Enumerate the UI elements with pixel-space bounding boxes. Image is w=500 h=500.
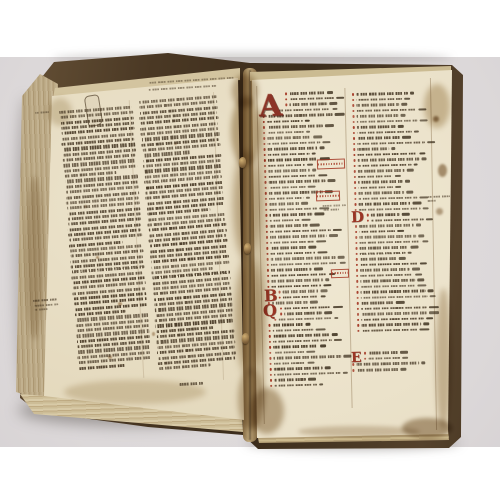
script-line xyxy=(356,273,438,278)
gutter-stain xyxy=(250,388,284,434)
page-reference-stroke xyxy=(330,102,338,105)
entry-text-stroke xyxy=(284,312,322,316)
page-reference-stroke xyxy=(307,163,312,166)
script-line xyxy=(268,289,350,294)
red-paraph-mark xyxy=(269,352,271,355)
page-reference-stroke xyxy=(400,351,408,354)
entry-text-stroke xyxy=(268,179,326,183)
script-line xyxy=(353,152,435,157)
script-line xyxy=(357,306,439,311)
entry-text-stroke xyxy=(361,323,421,327)
script-line xyxy=(356,284,438,289)
page-reference-stroke xyxy=(313,136,322,139)
corner-stain xyxy=(48,98,72,126)
rust-spot xyxy=(433,116,439,122)
page-reference-stroke xyxy=(423,207,428,210)
script-line xyxy=(270,360,352,365)
red-paraph-mark xyxy=(269,330,271,333)
entry-text-stroke xyxy=(271,279,323,283)
page-reference-stroke xyxy=(306,130,310,133)
entry-text-stroke xyxy=(274,362,307,366)
script-line xyxy=(266,223,348,228)
entry-text-stroke xyxy=(268,174,316,178)
page-reference-stroke xyxy=(422,240,428,243)
script-line xyxy=(268,311,350,316)
page-reference-stroke xyxy=(420,262,426,265)
red-paraph-mark xyxy=(357,330,359,333)
entry-text-stroke xyxy=(267,124,323,128)
script-line xyxy=(267,283,349,288)
page-reference-stroke xyxy=(343,371,348,374)
script-line xyxy=(354,174,436,179)
page-reference-stroke xyxy=(410,92,414,95)
red-paraph-mark xyxy=(356,275,358,278)
red-paraph-mark xyxy=(355,231,357,234)
gutter-stain xyxy=(254,110,268,410)
red-paraph-mark xyxy=(356,264,358,267)
script-line xyxy=(263,129,345,134)
entry-text-stroke xyxy=(360,262,418,266)
script-line xyxy=(35,111,49,114)
script-line xyxy=(266,228,348,233)
script-line xyxy=(356,256,438,261)
page-reference-stroke xyxy=(395,175,401,178)
page-reference-stroke xyxy=(420,328,430,331)
script-line xyxy=(354,163,436,168)
red-paraph-mark xyxy=(352,99,354,102)
entry-text-stroke xyxy=(359,240,420,244)
entry-text-stroke xyxy=(284,306,331,310)
script-line xyxy=(355,234,437,239)
entry-text-stroke xyxy=(361,312,427,316)
red-paraph-mark xyxy=(352,369,354,372)
red-paraph-mark xyxy=(352,110,354,113)
entry-text-stroke xyxy=(269,207,317,211)
entry-text-stroke xyxy=(356,92,408,96)
script-line xyxy=(269,349,351,354)
entry-text-stroke xyxy=(270,229,331,233)
script-line xyxy=(270,371,352,376)
script-line xyxy=(353,124,435,129)
red-boxed-entry xyxy=(331,269,349,279)
page-reference-stroke xyxy=(333,306,343,309)
script-line xyxy=(352,102,434,107)
page-reference-stroke xyxy=(310,301,318,304)
page-reference-stroke xyxy=(426,218,433,221)
page-reference-stroke xyxy=(314,268,323,271)
page-reference-stroke xyxy=(391,147,395,150)
page-reference-stroke xyxy=(421,362,426,365)
script-line xyxy=(353,146,435,151)
page-reference-stroke xyxy=(428,289,434,292)
page-reference-stroke xyxy=(327,91,333,94)
page-reference-stroke xyxy=(328,179,336,182)
fox-spot xyxy=(84,205,87,208)
red-paraph-mark xyxy=(280,313,282,316)
page-reference-stroke xyxy=(407,191,414,194)
entry-text-stroke xyxy=(269,202,299,206)
script-line xyxy=(352,356,434,361)
red-paraph-mark xyxy=(280,307,282,310)
rust-spot xyxy=(436,208,443,215)
entry-text-stroke xyxy=(357,147,389,150)
script-line xyxy=(352,97,434,102)
page-reference-stroke xyxy=(427,141,435,144)
entry-text-stroke xyxy=(359,207,422,211)
script-line xyxy=(357,322,439,327)
red-paraph-mark xyxy=(354,181,356,184)
script-line xyxy=(354,190,436,195)
script-line xyxy=(269,344,351,349)
entry-text-stroke xyxy=(289,102,327,106)
page-reference-stroke xyxy=(423,323,429,326)
red-paraph-mark xyxy=(285,93,287,96)
page-reference-stroke xyxy=(430,295,436,298)
script-line xyxy=(354,196,436,201)
page-reference-stroke xyxy=(417,284,426,287)
red-paraph-mark xyxy=(356,269,358,272)
red-paraph-mark xyxy=(357,308,359,311)
entry-text-stroke xyxy=(274,378,306,382)
page-reference-stroke xyxy=(412,202,421,205)
script-line xyxy=(322,204,346,207)
page-reference-stroke xyxy=(311,152,316,155)
entry-text-stroke xyxy=(358,169,405,173)
script-line xyxy=(270,377,352,382)
page-reference-stroke xyxy=(312,169,317,172)
entry-text-stroke xyxy=(356,368,398,372)
script-line xyxy=(267,261,349,266)
page-reference-stroke xyxy=(419,235,425,238)
entry-text-stroke xyxy=(278,317,332,321)
entry-text-stroke xyxy=(283,295,319,299)
page-reference-stroke xyxy=(412,268,420,271)
page-reference-stroke xyxy=(416,224,421,227)
entry-text-stroke xyxy=(270,246,306,250)
red-paraph-mark xyxy=(364,358,366,361)
script-line xyxy=(267,278,349,283)
entry-text-stroke xyxy=(358,191,404,195)
fox-spot xyxy=(174,142,177,145)
page-reference-stroke xyxy=(426,317,433,320)
entry-text-stroke xyxy=(371,213,400,216)
red-paraph-mark xyxy=(354,198,356,201)
red-paraph-mark xyxy=(268,324,270,327)
page-reference-stroke xyxy=(421,158,427,161)
red-paraph-mark xyxy=(353,132,355,135)
entry-text-stroke xyxy=(273,345,318,349)
page-reference-stroke xyxy=(319,383,323,386)
page-reference-stroke xyxy=(398,125,404,128)
entry-text-stroke xyxy=(273,333,330,337)
red-paraph-mark xyxy=(356,258,358,261)
entry-text-stroke xyxy=(273,339,332,343)
entry-text-stroke xyxy=(360,273,413,277)
fox-spot xyxy=(108,355,112,359)
script-line xyxy=(354,179,436,184)
page-reference-stroke xyxy=(306,350,315,353)
rubric-initial-E: E xyxy=(351,351,362,365)
page-reference-stroke xyxy=(418,279,424,282)
red-paraph-mark xyxy=(355,242,357,245)
page-reference-stroke xyxy=(334,339,342,342)
red-paraph-mark xyxy=(269,346,271,349)
red-paraph-mark xyxy=(367,219,369,222)
entry-text-stroke xyxy=(360,251,406,255)
script-line xyxy=(352,367,434,372)
red-paraph-mark xyxy=(356,280,358,283)
rust-spot xyxy=(438,164,447,177)
red-boxed-entry xyxy=(317,159,345,170)
page-reference-stroke xyxy=(308,185,316,188)
red-paraph-mark xyxy=(355,247,357,250)
script-line xyxy=(354,201,436,206)
script-line xyxy=(269,327,351,332)
script-line xyxy=(268,294,350,299)
entry-text-stroke xyxy=(359,230,395,233)
entry-text-stroke xyxy=(268,147,318,151)
script-line xyxy=(266,239,348,244)
script-line xyxy=(78,363,125,370)
red-paraph-mark xyxy=(353,137,355,140)
red-paraph-mark xyxy=(367,214,369,217)
page-reference-stroke xyxy=(338,256,345,259)
page-reference-stroke xyxy=(414,163,418,166)
page-reference-stroke xyxy=(401,114,406,117)
entry-text-stroke xyxy=(358,175,393,178)
script-line xyxy=(268,322,350,327)
entry-text-stroke xyxy=(273,355,341,360)
script-line xyxy=(264,179,346,184)
entry-text-stroke xyxy=(268,163,306,167)
page-reference-stroke xyxy=(331,333,337,336)
page-reference-stroke xyxy=(404,97,410,100)
script-line xyxy=(353,130,435,135)
script-line xyxy=(353,135,435,140)
entry-text-stroke xyxy=(357,114,399,118)
fox-spot xyxy=(118,302,122,306)
page-reference-stroke xyxy=(406,169,413,172)
entry-text-stroke xyxy=(274,383,317,387)
entry-text-stroke xyxy=(356,98,402,102)
script-line xyxy=(355,223,437,228)
entry-text-stroke xyxy=(271,268,312,272)
red-paraph-mark xyxy=(354,176,356,179)
entry-text-stroke xyxy=(273,328,314,332)
fox-spot xyxy=(96,256,99,259)
entry-text-stroke xyxy=(359,224,414,228)
page-reference-stroke xyxy=(323,141,330,144)
entry-text-stroke xyxy=(361,295,428,299)
script-line xyxy=(354,185,436,190)
entry-text-stroke xyxy=(357,130,412,134)
red-paraph-mark xyxy=(270,379,272,382)
script-line xyxy=(264,173,346,178)
script-line xyxy=(356,278,438,283)
script-line xyxy=(354,168,436,173)
entry-text-stroke xyxy=(357,119,418,123)
entry-text-stroke xyxy=(359,235,416,239)
page-reference-stroke xyxy=(308,378,316,381)
red-paraph-mark xyxy=(352,93,354,96)
page-reference-stroke xyxy=(309,246,316,249)
entry-text-stroke xyxy=(358,196,417,200)
script-line xyxy=(270,366,352,371)
script-line xyxy=(352,361,434,366)
red-paraph-mark xyxy=(357,313,359,316)
script-line xyxy=(268,300,350,305)
script-line xyxy=(266,217,348,222)
page-reference-stroke xyxy=(339,261,345,264)
entry-text-stroke xyxy=(358,186,393,189)
script-line xyxy=(267,256,349,261)
script-line xyxy=(427,200,437,202)
entry-text-stroke xyxy=(357,141,425,145)
red-paraph-mark xyxy=(270,368,272,371)
entry-text-stroke xyxy=(361,317,424,321)
script-line xyxy=(356,262,438,267)
red-paraph-mark xyxy=(354,159,356,162)
script-line xyxy=(266,234,348,239)
script-line xyxy=(353,119,435,124)
page-reference-stroke xyxy=(324,284,332,287)
script-line xyxy=(355,218,437,223)
script-line xyxy=(356,251,438,256)
page-reference-stroke xyxy=(304,119,310,122)
entry-text-stroke xyxy=(357,125,396,129)
page-reference-stroke xyxy=(397,230,404,233)
page-reference-stroke xyxy=(395,186,401,189)
script-line xyxy=(355,245,437,250)
script-line xyxy=(353,157,435,162)
entry-text-stroke xyxy=(268,158,319,162)
page-reference-stroke xyxy=(332,229,341,232)
rubric-initial-D: D xyxy=(351,210,365,225)
page-reference-stroke xyxy=(321,290,327,293)
margin-note xyxy=(427,195,449,204)
page-reference-stroke xyxy=(402,136,411,139)
script-line xyxy=(355,207,437,212)
script-line xyxy=(323,208,339,211)
script-line xyxy=(357,317,439,322)
page-reference-stroke xyxy=(319,147,324,150)
red-paraph-mark xyxy=(270,363,272,366)
script-line xyxy=(356,267,438,272)
script-line xyxy=(355,229,437,234)
red-paraph-mark xyxy=(270,385,272,388)
entry-text-stroke xyxy=(356,362,419,366)
edge-stain xyxy=(436,288,451,430)
page-reference-stroke xyxy=(408,251,412,254)
red-paraph-mark xyxy=(353,143,355,146)
entry-text-stroke xyxy=(273,351,304,355)
red-paraph-mark xyxy=(353,126,355,129)
entry-text-stroke xyxy=(269,197,304,201)
red-paraph-mark xyxy=(355,236,357,239)
script-line xyxy=(355,212,437,217)
entry-text-stroke xyxy=(289,97,334,101)
script-line xyxy=(357,300,439,305)
script-line xyxy=(264,146,346,151)
entry-text-stroke xyxy=(360,284,415,288)
entry-text-stroke xyxy=(368,351,398,354)
page-reference-stroke xyxy=(306,196,311,199)
script-line xyxy=(268,305,350,310)
entry-text-stroke xyxy=(268,152,310,156)
page-reference-stroke xyxy=(334,317,338,320)
script-line xyxy=(428,195,450,198)
red-paraph-mark xyxy=(356,253,358,256)
red-paraph-mark xyxy=(352,104,354,107)
red-paraph-mark xyxy=(353,121,355,124)
entry-text-stroke xyxy=(356,108,416,112)
entry-text-stroke xyxy=(358,180,403,184)
entry-text-stroke xyxy=(358,163,412,167)
red-paraph-mark xyxy=(353,115,355,118)
script-line xyxy=(270,382,352,387)
entry-text-stroke xyxy=(360,290,425,294)
entry-text-stroke xyxy=(289,91,325,95)
entry-text-stroke xyxy=(271,256,336,261)
entry-text-stroke xyxy=(360,257,397,261)
entry-text-stroke xyxy=(356,103,399,107)
page-reference-stroke xyxy=(301,202,308,205)
edge-stain xyxy=(298,426,420,437)
script-line xyxy=(357,328,439,333)
script-line xyxy=(269,338,351,343)
entry-text-stroke xyxy=(267,131,304,135)
entry-text-stroke xyxy=(283,290,319,294)
page-reference-stroke xyxy=(401,103,407,106)
entry-text-stroke xyxy=(361,301,394,304)
entry-text-stroke xyxy=(274,367,323,371)
page-reference-stroke xyxy=(329,234,338,237)
script-line xyxy=(263,124,345,129)
page-reference-stroke xyxy=(402,357,408,360)
entry-text-stroke xyxy=(267,136,311,140)
red-paraph-mark xyxy=(279,291,281,294)
entry-text-stroke xyxy=(360,279,415,283)
entry-text-stroke xyxy=(357,158,419,162)
page-reference-stroke xyxy=(415,273,422,276)
page-reference-stroke xyxy=(309,224,319,227)
red-paraph-mark xyxy=(364,352,366,355)
entry-text-stroke xyxy=(371,218,424,222)
script-line xyxy=(352,91,434,96)
index-column-2-lower xyxy=(352,350,434,374)
red-paraph-mark xyxy=(356,291,358,294)
entry-text-stroke xyxy=(272,323,303,327)
script-line xyxy=(355,240,437,245)
page-reference-stroke xyxy=(410,246,418,249)
entry-text-stroke xyxy=(271,262,338,267)
script-line xyxy=(263,140,345,145)
page-reference-stroke xyxy=(301,218,310,221)
page-reference-stroke xyxy=(400,368,406,371)
script-line xyxy=(352,113,434,118)
red-paraph-mark xyxy=(354,170,356,173)
script-line xyxy=(357,311,439,316)
script-line xyxy=(268,316,350,321)
red-paraph-mark xyxy=(354,165,356,168)
red-paraph-mark xyxy=(356,286,358,289)
page-reference-stroke xyxy=(413,130,419,133)
index-column-2 xyxy=(352,91,439,335)
margin-note xyxy=(322,204,346,213)
red-paraph-mark xyxy=(285,104,287,107)
red-paraph-mark xyxy=(279,296,281,299)
entry-text-stroke xyxy=(359,246,408,250)
